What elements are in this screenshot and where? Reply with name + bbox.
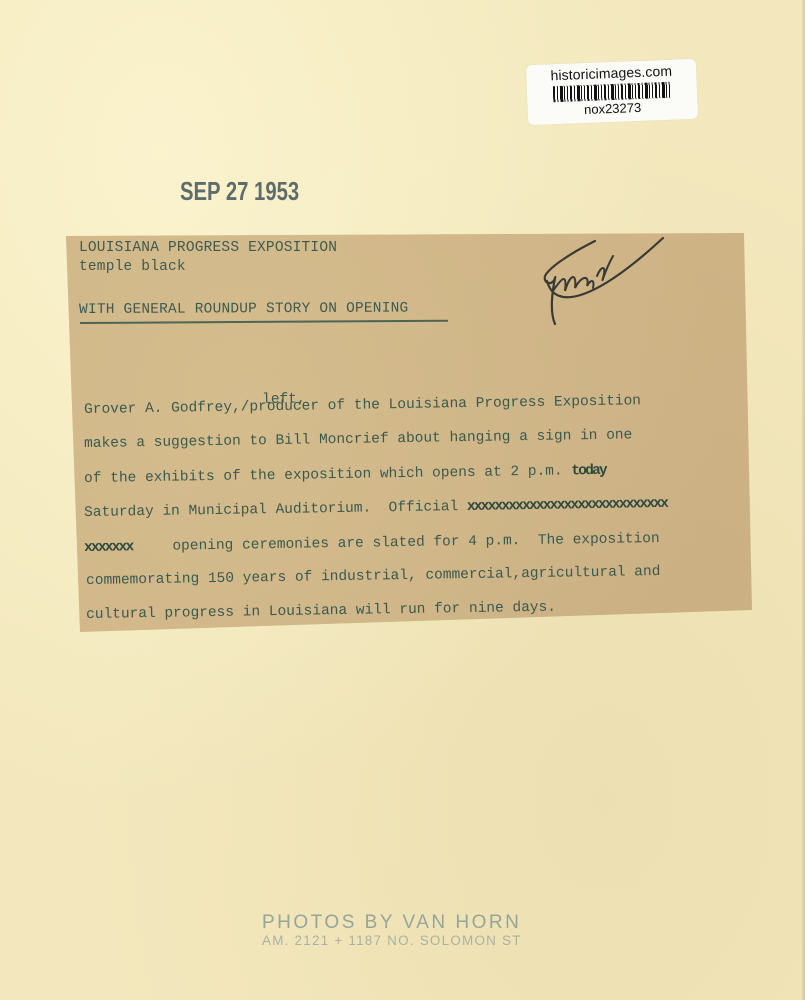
clipping-header-title: LOUISIANA PROGRESS EXPOSITION xyxy=(79,240,337,256)
clipping-subheading: WITH GENERAL ROUNDUP STORY ON OPENING xyxy=(79,301,408,318)
date-stamp: SEP 27 1953 xyxy=(180,176,299,207)
clipping-header-byline: temple black xyxy=(79,259,186,275)
struck-out-text: today xyxy=(571,463,606,480)
photographer-stamp: PHOTOS BY VAN HORN AM. 2121 + 1187 NO. S… xyxy=(262,913,522,949)
photo-edge xyxy=(801,0,805,1000)
struck-out-text: xxxxxxx xyxy=(84,539,133,556)
barcode-icon xyxy=(553,82,672,103)
label-site: historicimages.com xyxy=(526,63,696,85)
archive-label: historicimages.com nox23273 xyxy=(526,59,698,125)
struck-out-text: xxxxxxxxxxxxxxxxxxxxxxxxxxxxx xyxy=(467,496,667,515)
photographer-name: PHOTOS BY VAN HORN xyxy=(262,913,522,933)
photographer-address: AM. 2121 + 1187 NO. SOLOMON ST xyxy=(262,933,522,949)
handwritten-signature-icon xyxy=(535,236,665,326)
